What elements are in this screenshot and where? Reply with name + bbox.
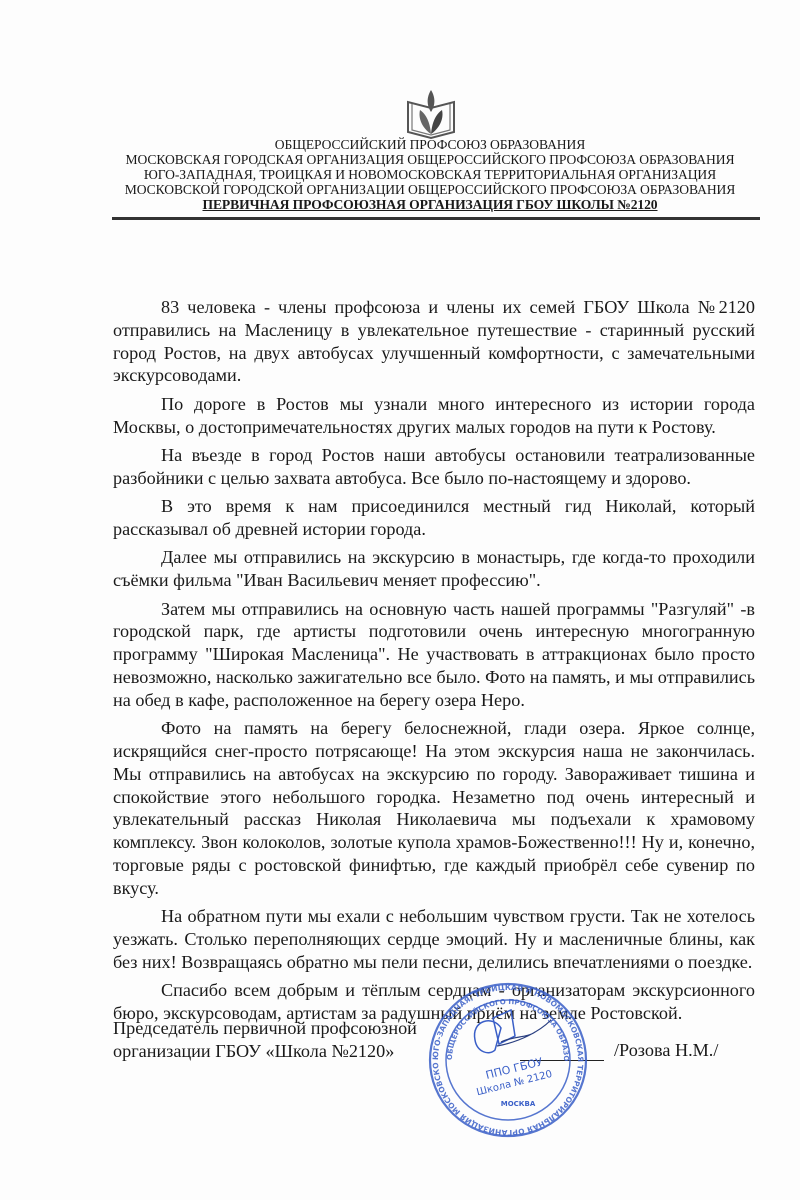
signatory-title-line: организации ГБОУ «Школа №2120» bbox=[113, 1040, 417, 1063]
signatory-title-line: Председатель первичной профсоюзной bbox=[113, 1017, 417, 1040]
letterhead: ОБЩЕРОССИЙСКИЙ ПРОФСОЮЗ ОБРАЗОВАНИЯ МОСК… bbox=[100, 137, 760, 212]
letterhead-line: ЮГО-ЗАПАДНАЯ, ТРОИЦКАЯ И НОВОМОСКОВСКАЯ … bbox=[100, 167, 760, 182]
official-stamp-icon: ЮГО-ЗАПАДНАЯ, ТРОИЦКАЯ И НОВОМОСКОВСКАЯ … bbox=[423, 980, 593, 1140]
svg-text:МОСКВА: МОСКВА bbox=[501, 1100, 536, 1108]
paragraph: По дороге в Ростов мы узнали много интер… bbox=[113, 393, 755, 439]
letter-body: 83 человека - члены профсоюза и члены их… bbox=[113, 296, 755, 1030]
signatory-title: Председатель первичной профсоюзной орган… bbox=[113, 1017, 417, 1063]
paragraph: В это время к нам присоединился местный … bbox=[113, 495, 755, 541]
paragraph: Далее мы отправились на экскурсию в мона… bbox=[113, 546, 755, 592]
paragraph: 83 человека - члены профсоюза и члены их… bbox=[113, 296, 755, 387]
letterhead-organization: ПЕРВИЧНАЯ ПРОФСОЮЗНАЯ ОРГАНИЗАЦИЯ ГБОУ Ш… bbox=[100, 197, 760, 212]
letterhead-line: ОБЩЕРОССИЙСКИЙ ПРОФСОЮЗ ОБРАЗОВАНИЯ bbox=[100, 137, 760, 152]
signatory-name: /Розова Н.М./ bbox=[614, 1040, 718, 1061]
paragraph: Фото на память на берегу белоснежной, гл… bbox=[113, 717, 755, 899]
paragraph: На въезде в город Ростов наши автобусы о… bbox=[113, 444, 755, 490]
letterhead-line: МОСКОВСКАЯ ГОРОДСКАЯ ОРГАНИЗАЦИЯ ОБЩЕРОС… bbox=[100, 152, 760, 167]
header-divider bbox=[112, 217, 760, 220]
letterhead-line: МОСКОВСКОЙ ГОРОДСКОЙ ОРГАНИЗАЦИИ ОБЩЕРОС… bbox=[100, 182, 760, 197]
profsoyuz-logo-icon bbox=[404, 88, 458, 140]
paragraph: На обратном пути мы ехали с небольшим чу… bbox=[113, 905, 755, 973]
paragraph: Затем мы отправились на основную часть н… bbox=[113, 598, 755, 712]
